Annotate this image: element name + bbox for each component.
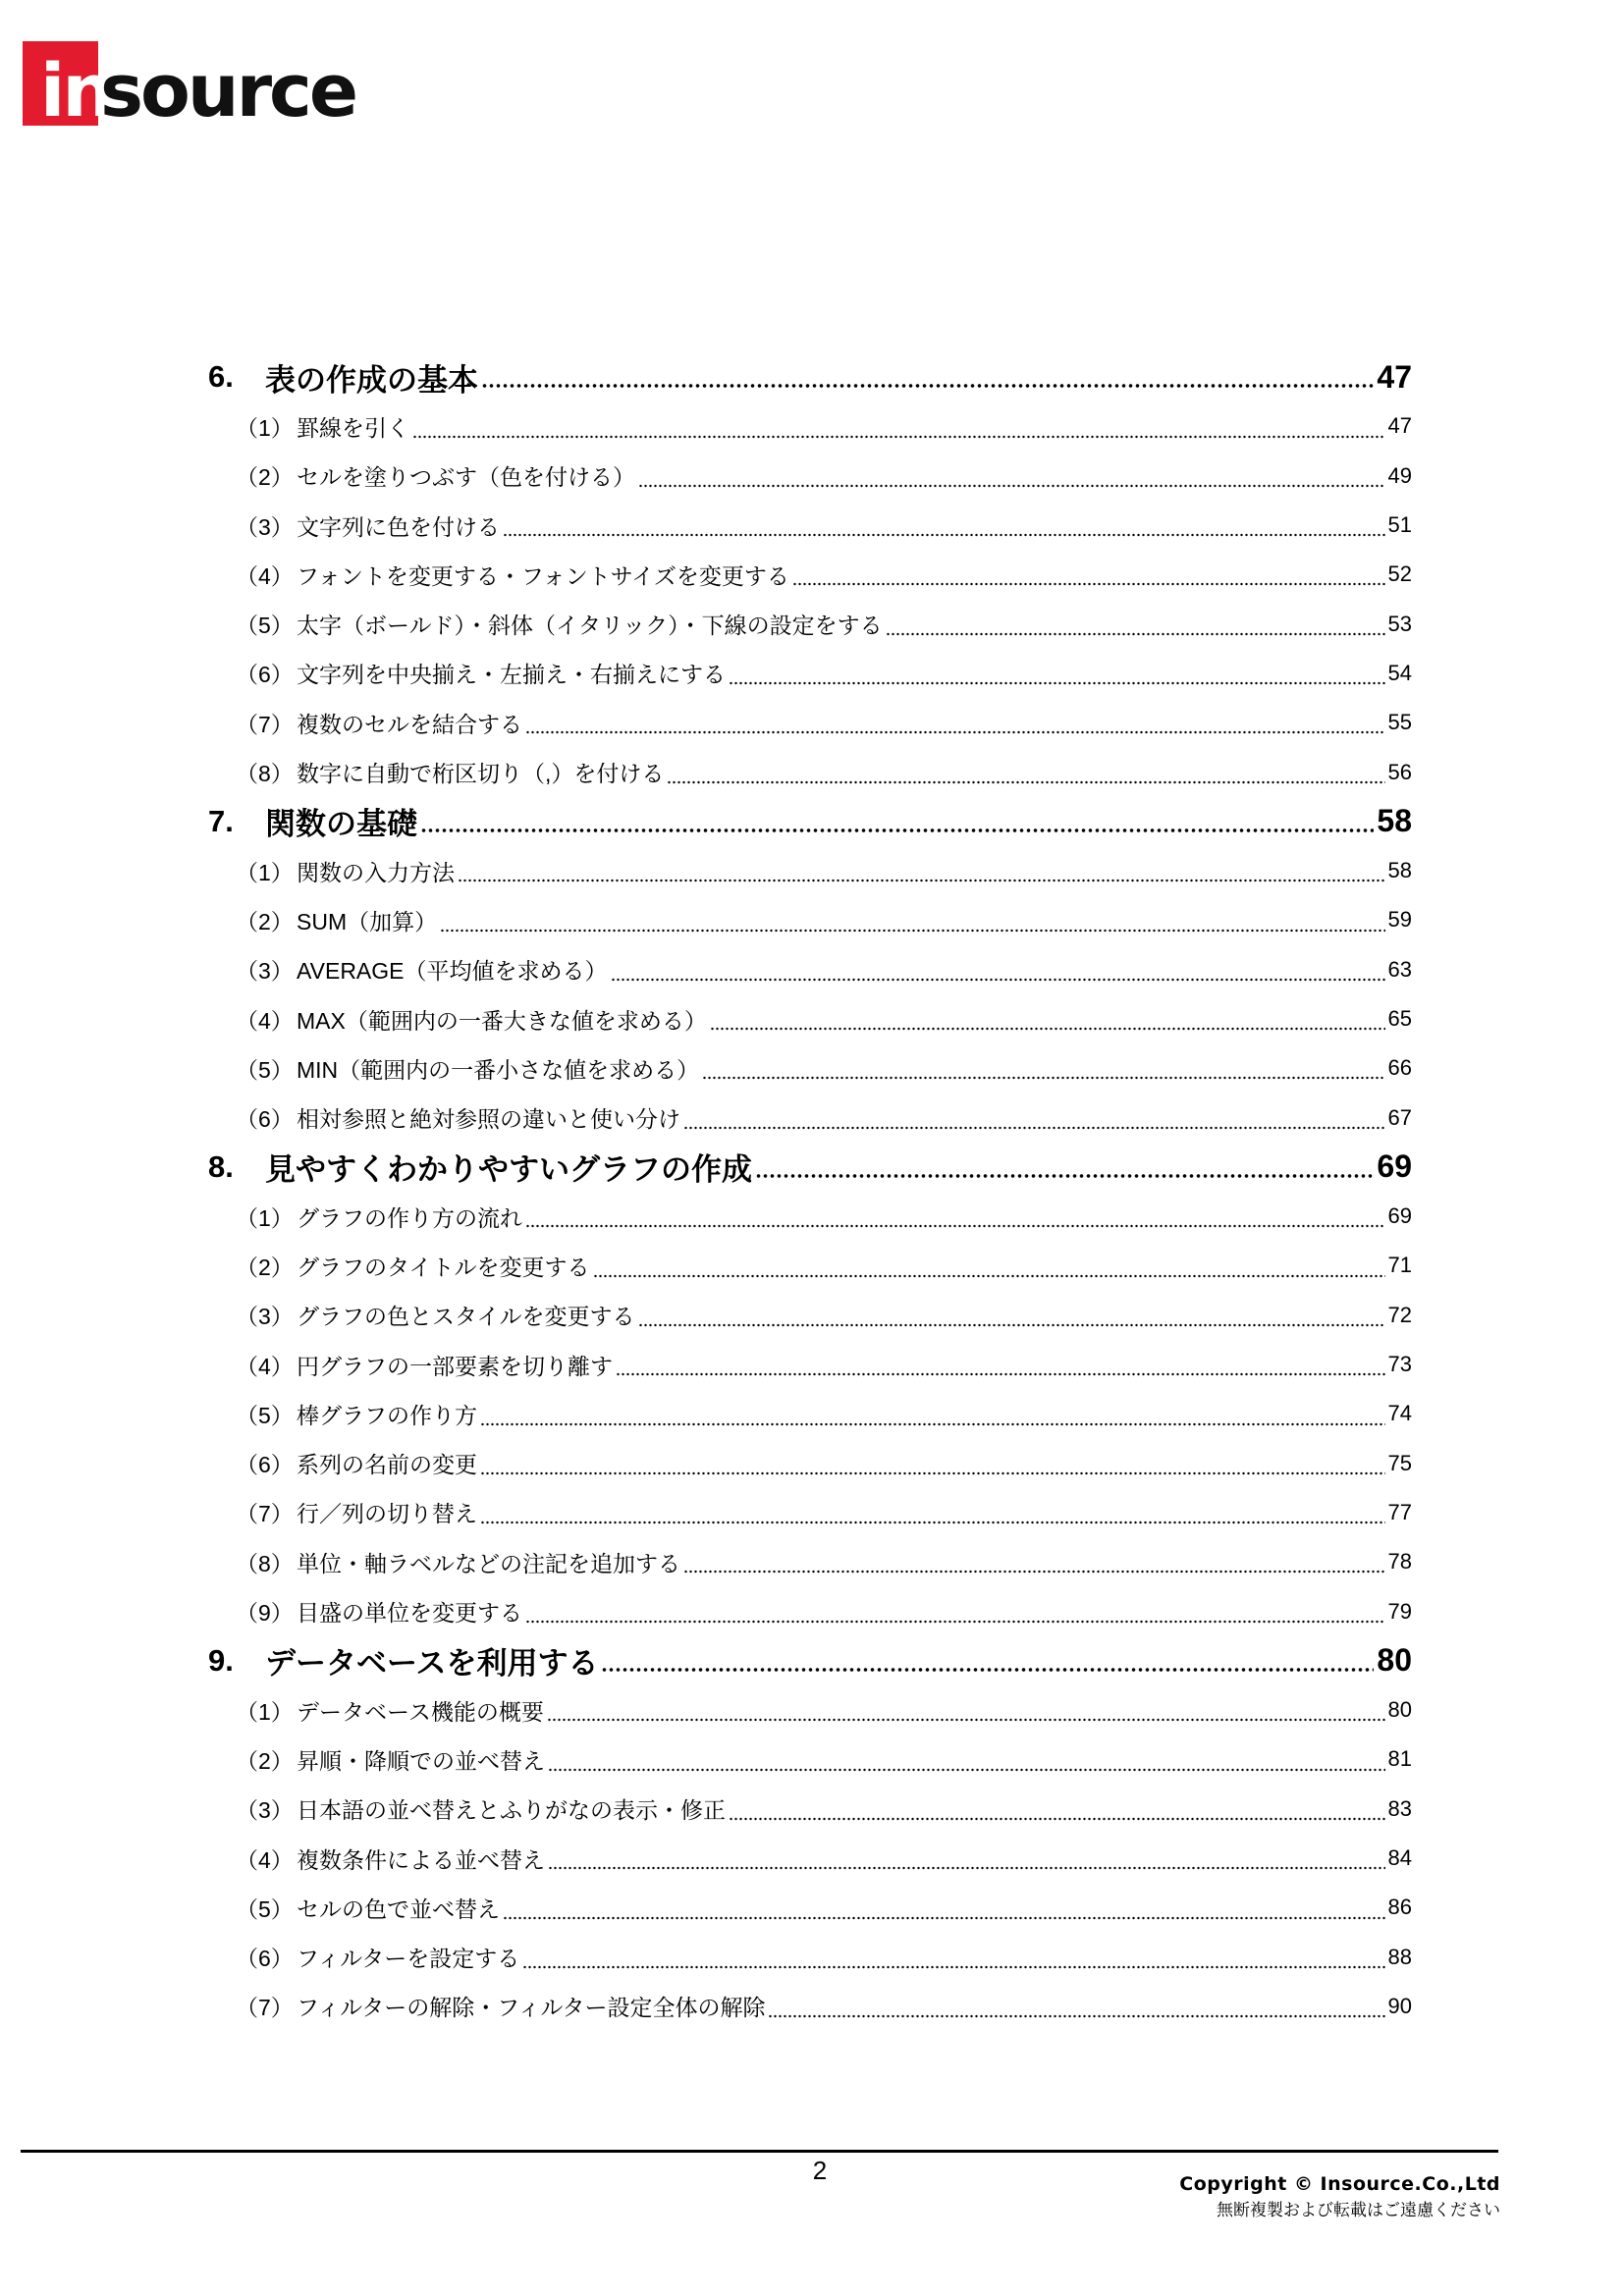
toc-item-1-5[interactable]: （6）相対参照と絶対参照の違いと使い分け67 bbox=[208, 1093, 1412, 1142]
section-title: 見やすくわかりやすいグラフの作成 bbox=[265, 1145, 752, 1189]
item-number: （2） bbox=[236, 904, 297, 936]
dot-leader bbox=[503, 1916, 1385, 1920]
item-page-number: 79 bbox=[1388, 1599, 1412, 1625]
toc-item-3-0[interactable]: （1）データベース機能の概要80 bbox=[208, 1685, 1412, 1735]
item-number: （4） bbox=[236, 1349, 297, 1381]
item-title: グラフのタイトルを変更する bbox=[297, 1250, 590, 1282]
item-number: （4） bbox=[236, 1003, 297, 1036]
item-page-number: 55 bbox=[1388, 710, 1412, 735]
toc-item-0-6[interactable]: （7）複数のセルを結合する55 bbox=[208, 698, 1412, 747]
item-page-number: 72 bbox=[1388, 1303, 1412, 1328]
item-title: 罫線を引く bbox=[297, 410, 409, 443]
dot-leader bbox=[525, 1224, 1385, 1228]
dot-leader bbox=[525, 730, 1385, 734]
item-number: （2） bbox=[236, 1743, 297, 1776]
item-title: 棒グラフの作り方 bbox=[297, 1398, 477, 1430]
toc-section-1[interactable]: 7.関数の基礎58 bbox=[208, 797, 1412, 846]
section-title: データベースを利用する bbox=[265, 1638, 598, 1682]
item-title: 行／列の切り替え bbox=[297, 1496, 477, 1528]
item-page-number: 59 bbox=[1388, 907, 1412, 933]
toc-item-2-6[interactable]: （7）行／列の切り替え77 bbox=[208, 1488, 1412, 1537]
item-number: （7） bbox=[236, 1990, 297, 2022]
item-title: 関数の入力方法 bbox=[297, 855, 455, 887]
dot-leader bbox=[481, 383, 1374, 389]
item-page-number: 90 bbox=[1388, 1994, 1412, 2019]
toc-item-2-1[interactable]: （2）グラフのタイトルを変更する71 bbox=[208, 1241, 1412, 1290]
toc-item-1-0[interactable]: （1）関数の入力方法58 bbox=[208, 846, 1412, 895]
item-title: MAX（範囲内の一番大きな値を求める） bbox=[297, 1003, 707, 1036]
item-number: （3） bbox=[236, 953, 297, 986]
item-title: 目盛の単位を変更する bbox=[297, 1595, 522, 1628]
item-number: （1） bbox=[236, 410, 297, 443]
section-title: 表の作成の基本 bbox=[265, 355, 478, 400]
item-title: データベース機能の概要 bbox=[297, 1694, 544, 1727]
item-title: 太字（ボールド）・斜体（イタリック）・下線の設定をする bbox=[297, 608, 883, 640]
dot-leader bbox=[729, 1817, 1385, 1821]
item-title: 日本語の並べ替えとふりがなの表示・修正 bbox=[297, 1792, 726, 1825]
item-page-number: 49 bbox=[1388, 463, 1412, 489]
item-number: （5） bbox=[236, 1398, 297, 1430]
item-number: （3） bbox=[236, 509, 297, 542]
item-page-number: 66 bbox=[1388, 1055, 1412, 1081]
item-page-number: 71 bbox=[1388, 1253, 1412, 1278]
item-page-number: 83 bbox=[1388, 1796, 1412, 1822]
item-title: 円グラフの一部要素を切り離す bbox=[297, 1349, 613, 1381]
item-number: （8） bbox=[236, 1546, 297, 1578]
item-page-number: 88 bbox=[1388, 1945, 1412, 1970]
copyright-block: Copyright © Insource.Co.,Ltd 無断複製および転載はご… bbox=[1147, 2173, 1500, 2220]
item-title: 文字列を中央揃え・左揃え・右揃えにする bbox=[297, 657, 726, 689]
item-page-number: 53 bbox=[1388, 612, 1412, 637]
item-number: （3） bbox=[236, 1299, 297, 1331]
item-page-number: 80 bbox=[1388, 1697, 1412, 1723]
item-page-number: 47 bbox=[1388, 413, 1412, 439]
item-title: セルの色で並べ替え bbox=[297, 1892, 500, 1924]
section-page-number: 69 bbox=[1377, 1148, 1412, 1185]
item-title: 系列の名前の変更 bbox=[297, 1447, 477, 1479]
item-page-number: 69 bbox=[1388, 1203, 1412, 1229]
section-number: 9. bbox=[208, 1643, 265, 1679]
toc-item-2-5[interactable]: （6）系列の名前の変更75 bbox=[208, 1439, 1412, 1488]
item-number: （6） bbox=[236, 657, 297, 689]
item-page-number: 73 bbox=[1388, 1352, 1412, 1377]
section-number: 7. bbox=[208, 804, 265, 839]
item-title: グラフの作り方の流れ bbox=[297, 1201, 522, 1233]
item-page-number: 52 bbox=[1388, 561, 1412, 587]
dot-leader bbox=[593, 1274, 1385, 1278]
item-title: グラフの色とスタイルを変更する bbox=[297, 1299, 635, 1331]
dot-leader bbox=[601, 1667, 1374, 1673]
dot-leader bbox=[886, 632, 1385, 636]
item-title: MIN（範囲内の一番小さな値を求める） bbox=[297, 1052, 699, 1085]
toc-item-3-6[interactable]: （7）フィルターの解除・フィルター設定全体の解除90 bbox=[208, 1982, 1412, 2031]
footer-divider bbox=[21, 2150, 1498, 2153]
reproduction-notice: 無断複製および転載はご遠慮ください bbox=[1147, 2196, 1500, 2220]
dot-leader bbox=[525, 1620, 1385, 1624]
dot-leader bbox=[667, 780, 1384, 784]
item-title: 昇順・降順での並べ替え bbox=[297, 1743, 545, 1776]
item-title: SUM（加算） bbox=[297, 904, 437, 936]
item-number: （4） bbox=[236, 559, 297, 591]
copyright-text: Copyright © Insource.Co.,Ltd bbox=[1147, 2173, 1500, 2195]
toc-item-3-1[interactable]: （2）昇順・降順での並べ替え81 bbox=[208, 1735, 1412, 1784]
toc-item-1-2[interactable]: （3）AVERAGE（平均値を求める）63 bbox=[208, 945, 1412, 994]
item-number: （8） bbox=[236, 756, 297, 788]
dot-leader bbox=[458, 879, 1385, 882]
item-title: フォントを変更する・フォントサイズを変更する bbox=[297, 559, 789, 591]
toc-item-1-3[interactable]: （4）MAX（範囲内の一番大きな値を求める）65 bbox=[208, 994, 1412, 1043]
dot-leader bbox=[440, 929, 1384, 933]
section-number: 6. bbox=[208, 359, 265, 395]
item-page-number: 63 bbox=[1388, 957, 1412, 983]
dot-leader bbox=[638, 1323, 1385, 1327]
item-number: （3） bbox=[236, 1792, 297, 1825]
item-title: フィルターの解除・フィルター設定全体の解除 bbox=[297, 1990, 765, 2022]
toc-item-3-4[interactable]: （5）セルの色で並べ替え86 bbox=[208, 1883, 1412, 1932]
toc-item-2-0[interactable]: （1）グラフの作り方の流れ69 bbox=[208, 1192, 1412, 1241]
dot-leader bbox=[522, 1965, 1384, 1969]
toc-item-3-5[interactable]: （6）フィルターを設定する88 bbox=[208, 1933, 1412, 1982]
item-page-number: 56 bbox=[1388, 760, 1412, 785]
dot-leader bbox=[412, 435, 1385, 439]
item-page-number: 74 bbox=[1388, 1401, 1412, 1426]
dot-leader bbox=[611, 978, 1385, 982]
item-number: （6） bbox=[236, 1447, 297, 1479]
dot-leader bbox=[768, 2014, 1384, 2018]
insource-logo: in source bbox=[23, 40, 355, 126]
toc-item-2-7[interactable]: （8）単位・軸ラベルなどの注記を追加する78 bbox=[208, 1537, 1412, 1586]
toc-section-2[interactable]: 8.見やすくわかりやすいグラフの作成69 bbox=[208, 1143, 1412, 1192]
item-number: （7） bbox=[236, 707, 297, 739]
item-number: （6） bbox=[236, 1101, 297, 1134]
item-title: 複数条件による並べ替え bbox=[297, 1842, 545, 1875]
item-number: （1） bbox=[236, 1694, 297, 1727]
item-number: （6） bbox=[236, 1941, 297, 1973]
toc-item-3-3[interactable]: （4）複数条件による並べ替え84 bbox=[208, 1834, 1412, 1883]
dot-leader bbox=[683, 1570, 1385, 1574]
section-title: 関数の基礎 bbox=[265, 799, 417, 843]
toc-item-0-7[interactable]: （8）数字に自動で桁区切り（,）を付ける56 bbox=[208, 747, 1412, 796]
dot-leader bbox=[792, 582, 1385, 586]
toc-item-2-2[interactable]: （3）グラフの色とスタイルを変更する72 bbox=[208, 1291, 1412, 1340]
item-title: セルを塗りつぶす（色を付ける） bbox=[297, 459, 635, 492]
toc-item-2-3[interactable]: （4）円グラフの一部要素を切り離す73 bbox=[208, 1340, 1412, 1389]
item-title: 相対参照と絶対参照の違いと使い分け bbox=[297, 1101, 680, 1134]
toc-item-0-4[interactable]: （5）太字（ボールド）・斜体（イタリック）・下線の設定をする53 bbox=[208, 599, 1412, 648]
dot-leader bbox=[503, 533, 1385, 537]
dot-leader bbox=[755, 1173, 1374, 1179]
item-number: （7） bbox=[236, 1496, 297, 1528]
section-page-number: 47 bbox=[1377, 359, 1412, 396]
item-number: （9） bbox=[236, 1595, 297, 1628]
dot-leader bbox=[710, 1027, 1385, 1031]
dot-leader bbox=[548, 1866, 1385, 1870]
toc-item-1-4[interactable]: （5）MIN（範囲内の一番小さな値を求める）66 bbox=[208, 1043, 1412, 1093]
item-page-number: 58 bbox=[1388, 858, 1412, 883]
table-of-contents: 6.表の作成の基本47（1）罫線を引く47（2）セルを塗りつぶす（色を付ける）4… bbox=[208, 352, 1412, 2031]
dot-leader bbox=[729, 681, 1385, 685]
section-page-number: 58 bbox=[1377, 803, 1412, 839]
toc-item-3-2[interactable]: （3）日本語の並べ替えとふりがなの表示・修正83 bbox=[208, 1785, 1412, 1834]
toc-item-2-8[interactable]: （9）目盛の単位を変更する79 bbox=[208, 1586, 1412, 1635]
dot-leader bbox=[547, 1718, 1385, 1722]
logo-text-source: source bbox=[100, 55, 355, 128]
item-title: 文字列に色を付ける bbox=[297, 509, 500, 542]
toc-section-0[interactable]: 6.表の作成の基本47 bbox=[208, 352, 1412, 401]
page-number: 2 bbox=[805, 2156, 835, 2186]
item-number: （2） bbox=[236, 1250, 297, 1282]
dot-leader bbox=[638, 484, 1385, 488]
item-page-number: 67 bbox=[1388, 1105, 1412, 1131]
dot-leader bbox=[420, 828, 1374, 833]
dot-leader bbox=[683, 1126, 1385, 1130]
item-number: （1） bbox=[236, 1201, 297, 1233]
toc-item-0-0[interactable]: （1）罫線を引く47 bbox=[208, 401, 1412, 451]
item-title: AVERAGE（平均値を求める） bbox=[297, 953, 608, 986]
toc-item-0-1[interactable]: （2）セルを塗りつぶす（色を付ける）49 bbox=[208, 452, 1412, 501]
item-number: （1） bbox=[236, 855, 297, 887]
toc-item-0-5[interactable]: （6）文字列を中央揃え・左揃え・右揃えにする54 bbox=[208, 649, 1412, 698]
toc-item-0-3[interactable]: （4）フォントを変更する・フォントサイズを変更する52 bbox=[208, 550, 1412, 599]
toc-item-1-1[interactable]: （2）SUM（加算）59 bbox=[208, 895, 1412, 944]
section-number: 8. bbox=[208, 1149, 265, 1185]
item-page-number: 84 bbox=[1388, 1845, 1412, 1871]
toc-item-2-4[interactable]: （5）棒グラフの作り方74 bbox=[208, 1389, 1412, 1438]
item-title: 単位・軸ラベルなどの注記を追加する bbox=[297, 1546, 680, 1578]
item-page-number: 75 bbox=[1388, 1451, 1412, 1476]
item-page-number: 86 bbox=[1388, 1895, 1412, 1920]
item-page-number: 77 bbox=[1388, 1500, 1412, 1525]
item-page-number: 54 bbox=[1388, 661, 1412, 686]
item-number: （4） bbox=[236, 1842, 297, 1875]
item-title: 数字に自動で桁区切り（,）を付ける bbox=[297, 756, 664, 788]
item-number: （5） bbox=[236, 1052, 297, 1085]
dot-leader bbox=[548, 1768, 1385, 1772]
item-page-number: 78 bbox=[1388, 1549, 1412, 1575]
item-number: （5） bbox=[236, 1892, 297, 1924]
toc-item-0-2[interactable]: （3）文字列に色を付ける51 bbox=[208, 501, 1412, 550]
dot-leader bbox=[480, 1471, 1385, 1475]
item-title: フィルターを設定する bbox=[297, 1941, 519, 1973]
dot-leader bbox=[480, 1422, 1385, 1426]
item-number: （5） bbox=[236, 608, 297, 640]
item-page-number: 65 bbox=[1388, 1006, 1412, 1032]
dot-leader bbox=[616, 1372, 1385, 1376]
item-page-number: 51 bbox=[1388, 512, 1412, 538]
toc-section-3[interactable]: 9.データベースを利用する80 bbox=[208, 1636, 1412, 1685]
item-title: 複数のセルを結合する bbox=[297, 707, 522, 739]
dot-leader bbox=[480, 1521, 1385, 1524]
dot-leader bbox=[702, 1076, 1384, 1080]
item-number: （2） bbox=[236, 459, 297, 492]
item-page-number: 81 bbox=[1388, 1746, 1412, 1772]
section-page-number: 80 bbox=[1377, 1642, 1412, 1679]
logo-red-box: in bbox=[23, 41, 98, 126]
